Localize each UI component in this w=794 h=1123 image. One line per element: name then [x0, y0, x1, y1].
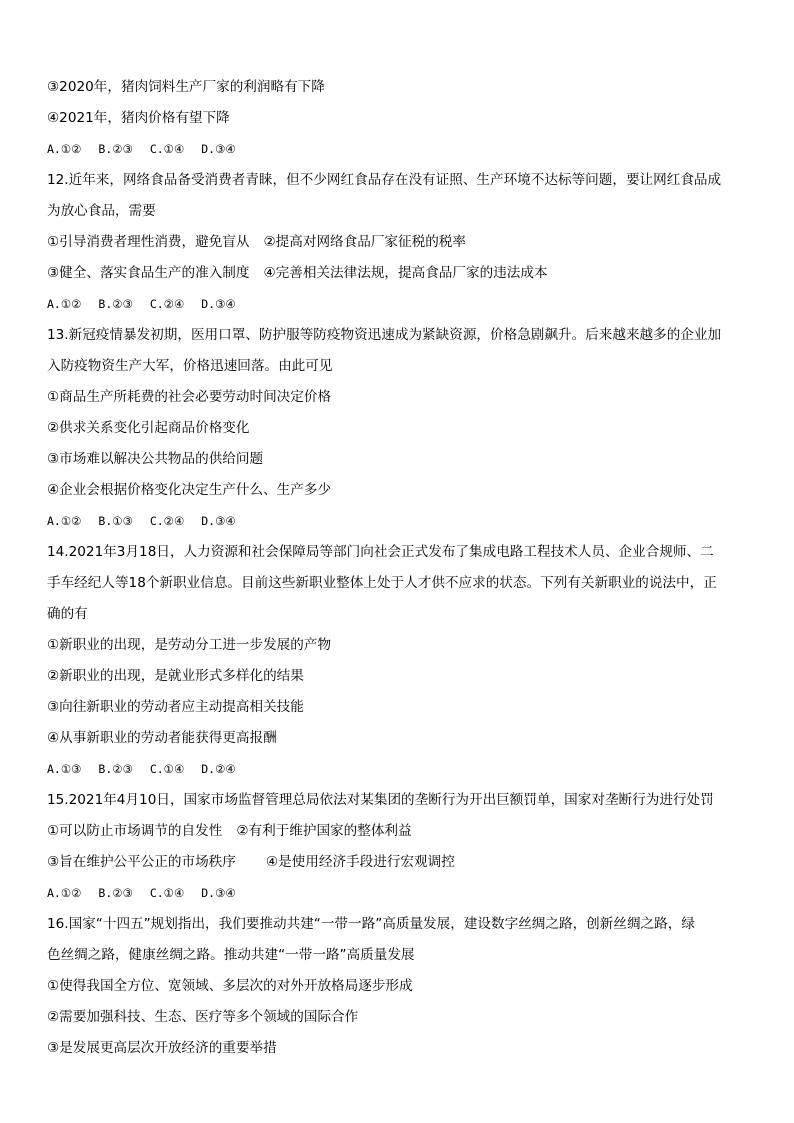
answer-options: A.①② B.②③ C.①④ D.③④: [47, 878, 752, 909]
question-stem: 16.国家“十四五”规划指出，我们要推动共建“一带一路”高质量发展，建设数字丝绸…: [47, 909, 752, 940]
option-b: B.①③: [98, 514, 132, 528]
answer-options: A.①② B.②③ C.②④ D.③④: [47, 289, 752, 320]
question-15: 15.2021年4月10日，国家市场监督管理总局依法对某集团的垄断行为开出巨额罚…: [47, 785, 752, 909]
statement-3: ③旨在维护公平公正的市场秩序: [47, 854, 236, 870]
answer-options: A.①② B.①③ C.②④ D.③④: [47, 506, 752, 537]
statement-pair: ①可以防止市场调节的自发性②有利于维护国家的整体利益: [47, 816, 752, 847]
option-a: A.①③: [47, 762, 81, 776]
statement-1: ①可以防止市场调节的自发性: [47, 823, 222, 839]
question-14: 14.2021年3月18日，人力资源和社会保障局等部门向社会正式发布了集成电路工…: [47, 537, 752, 785]
option-c: C.②④: [150, 514, 184, 528]
question-stem: 14.2021年3月18日，人力资源和社会保障局等部门向社会正式发布了集成电路工…: [47, 537, 752, 568]
statement-pair: ①引导消费者理性消费，避免盲从②提高对网络食品厂家征税的税率: [47, 227, 752, 258]
question-stem: 12.近年来，网络食品备受消费者青睐，但不少网红食品存在没有证照、生产环境不达标…: [47, 165, 752, 196]
question-stem: 15.2021年4月10日，国家市场监督管理总局依法对某集团的垄断行为开出巨额罚…: [47, 785, 752, 816]
question-stem: 为放心食品，需要: [47, 196, 752, 227]
option-d: D.③④: [201, 514, 235, 528]
statement-2: ②需要加强科技、生态、医疗等多个领域的国际合作: [47, 1002, 752, 1033]
statement-2: ②有利于维护国家的整体利益: [236, 823, 411, 839]
option-b: B.②③: [98, 886, 132, 900]
statement-3: ③向往新职业的劳动者应主动提高相关技能: [47, 692, 752, 723]
statement-pair: ③旨在维护公平公正的市场秩序④是使用经济手段进行宏观调控: [47, 847, 752, 878]
option-d: D.③④: [201, 297, 235, 311]
statement-1: ①引导消费者理性消费，避免盲从: [47, 234, 250, 250]
question-stem: 13.新冠疫情暴发初期，医用口罩、防护服等防疫物资迅速成为紧缺资源，价格急剧飙升…: [47, 320, 752, 351]
option-c: C.①④: [150, 762, 184, 776]
statement-line: ③2020年，猪肉饲料生产厂家的利润略有下降: [47, 72, 752, 103]
statement-3: ③健全、落实食品生产的准入制度: [47, 265, 250, 281]
answer-options: A.①③ B.②③ C.①④ D.②④: [47, 754, 752, 785]
question-12: 12.近年来，网络食品备受消费者青睐，但不少网红食品存在没有证照、生产环境不达标…: [47, 165, 752, 320]
statement-2: ②新职业的出现，是就业形式多样化的结果: [47, 661, 752, 692]
question-stem: 确的有: [47, 599, 752, 630]
option-d: D.②④: [201, 762, 235, 776]
statement-2: ②供求关系变化引起商品价格变化: [47, 413, 752, 444]
statement-4: ④完善相关法律法规，提高食品厂家的违法成本: [264, 265, 548, 281]
option-a: A.①②: [47, 886, 81, 900]
option-a: A.①②: [47, 514, 81, 528]
option-d: D.③④: [201, 886, 235, 900]
statement-3: ③市场难以解决公共物品的供给问题: [47, 444, 752, 475]
exam-page: ③2020年，猪肉饲料生产厂家的利润略有下降 ④2021年，猪肉价格有望下降 A…: [47, 72, 752, 1064]
option-d: D.③④: [201, 142, 235, 156]
statement-4: ④企业会根据价格变化决定生产什么、生产多少: [47, 475, 752, 506]
statement-1: ①商品生产所耗费的社会必要劳动时间决定价格: [47, 382, 752, 413]
option-c: C.②④: [150, 297, 184, 311]
option-a: A.①②: [47, 297, 81, 311]
statement-1: ①使得我国全方位、宽领域、多层次的对外开放格局逐步形成: [47, 971, 752, 1002]
question-stem: 色丝绸之路，健康丝绸之路。推动共建“一带一路”高质量发展: [47, 940, 752, 971]
option-b: B.②③: [98, 762, 132, 776]
answer-options: A.①② B.②③ C.①④ D.③④: [47, 134, 752, 165]
option-c: C.①④: [150, 886, 184, 900]
statement-3: ③是发展更高层次开放经济的重要举措: [47, 1033, 752, 1064]
statement-4: ④是使用经济手段进行宏观调控: [266, 854, 455, 870]
question-stem: 手车经纪人等18个新职业信息。目前这些新职业整体上处于人才供不应求的状态。下列有…: [47, 568, 752, 599]
question-stem: 入防疫物资生产大军，价格迅速回落。由此可见: [47, 351, 752, 382]
statement-line: ④2021年，猪肉价格有望下降: [47, 103, 752, 134]
statement-2: ②提高对网络食品厂家征税的税率: [264, 234, 467, 250]
option-c: C.①④: [150, 142, 184, 156]
statement-pair: ③健全、落实食品生产的准入制度④完善相关法律法规，提高食品厂家的违法成本: [47, 258, 752, 289]
option-b: B.②③: [98, 142, 132, 156]
statement-1: ①新职业的出现，是劳动分工进一步发展的产物: [47, 630, 752, 661]
question-16: 16.国家“十四五”规划指出，我们要推动共建“一带一路”高质量发展，建设数字丝绸…: [47, 909, 752, 1064]
option-b: B.②③: [98, 297, 132, 311]
question-13: 13.新冠疫情暴发初期，医用口罩、防护服等防疫物资迅速成为紧缺资源，价格急剧飙升…: [47, 320, 752, 537]
option-a: A.①②: [47, 142, 81, 156]
statement-4: ④从事新职业的劳动者能获得更高报酬: [47, 723, 752, 754]
